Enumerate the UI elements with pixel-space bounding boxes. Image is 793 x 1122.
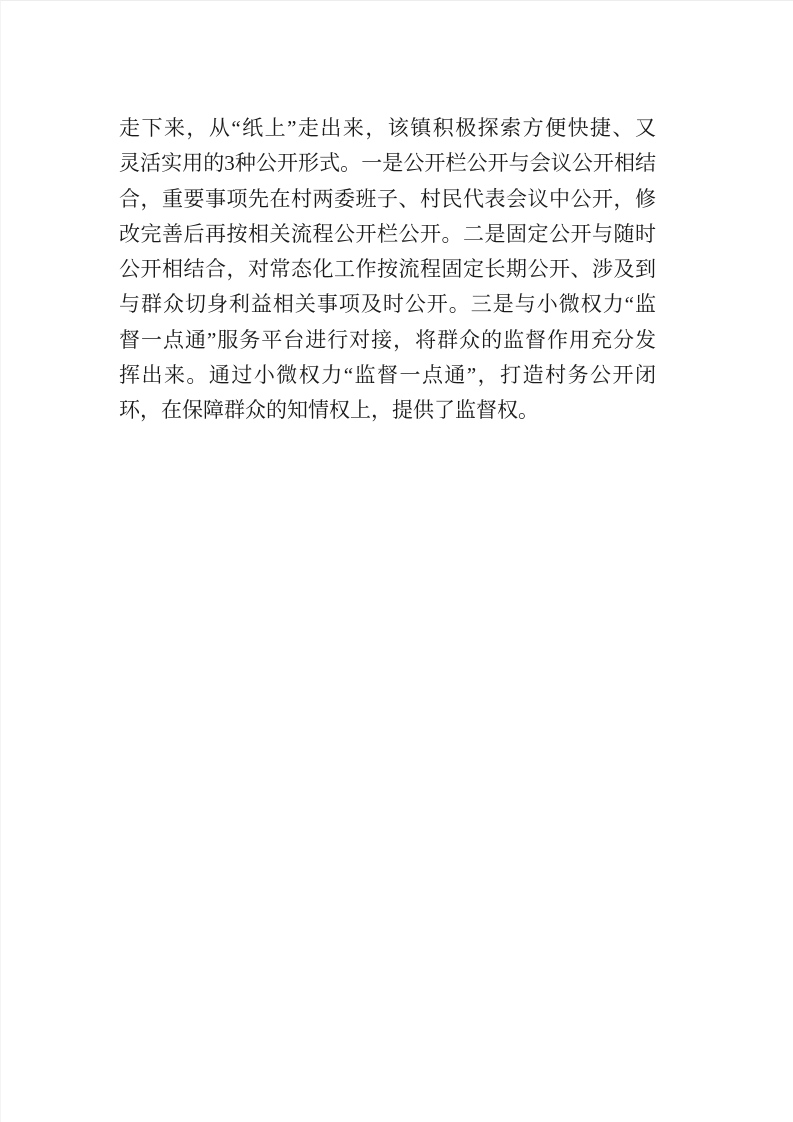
paragraph-line-4: 改完善后再按相关流程公开栏公开。二是固定公开与随时 [119,217,656,252]
document-page: 走下来，从“纸上”走出来，该镇积极探索方便快捷、又 灵活实用的3种公开形式。一是… [0,0,793,1122]
paragraph-line-9: 环，在保障群众的知情权上，提供了监督权。 [119,393,656,428]
paragraph-line-8: 挥出来。通过小微权力“监督一点通”，打造村务公开闭 [119,358,656,393]
paragraph-line-6: 与群众切身利益相关事项及时公开。三是与小微权力“监 [119,287,656,322]
paragraph-line-1: 走下来，从“纸上”走出来，该镇积极探索方便快捷、又 [119,111,656,146]
paragraph-line-5: 公开相结合，对常态化工作按流程固定长期公开、涉及到 [119,252,656,287]
paragraph-line-7: 督一点通”服务平台进行对接，将群众的监督作用充分发 [119,323,656,358]
body-paragraph: 走下来，从“纸上”走出来，该镇积极探索方便快捷、又 灵活实用的3种公开形式。一是… [119,111,656,429]
paragraph-line-3: 合，重要事项先在村两委班子、村民代表会议中公开，修 [119,182,656,217]
paragraph-line-2: 灵活实用的3种公开形式。一是公开栏公开与会议公开相结 [119,146,656,181]
